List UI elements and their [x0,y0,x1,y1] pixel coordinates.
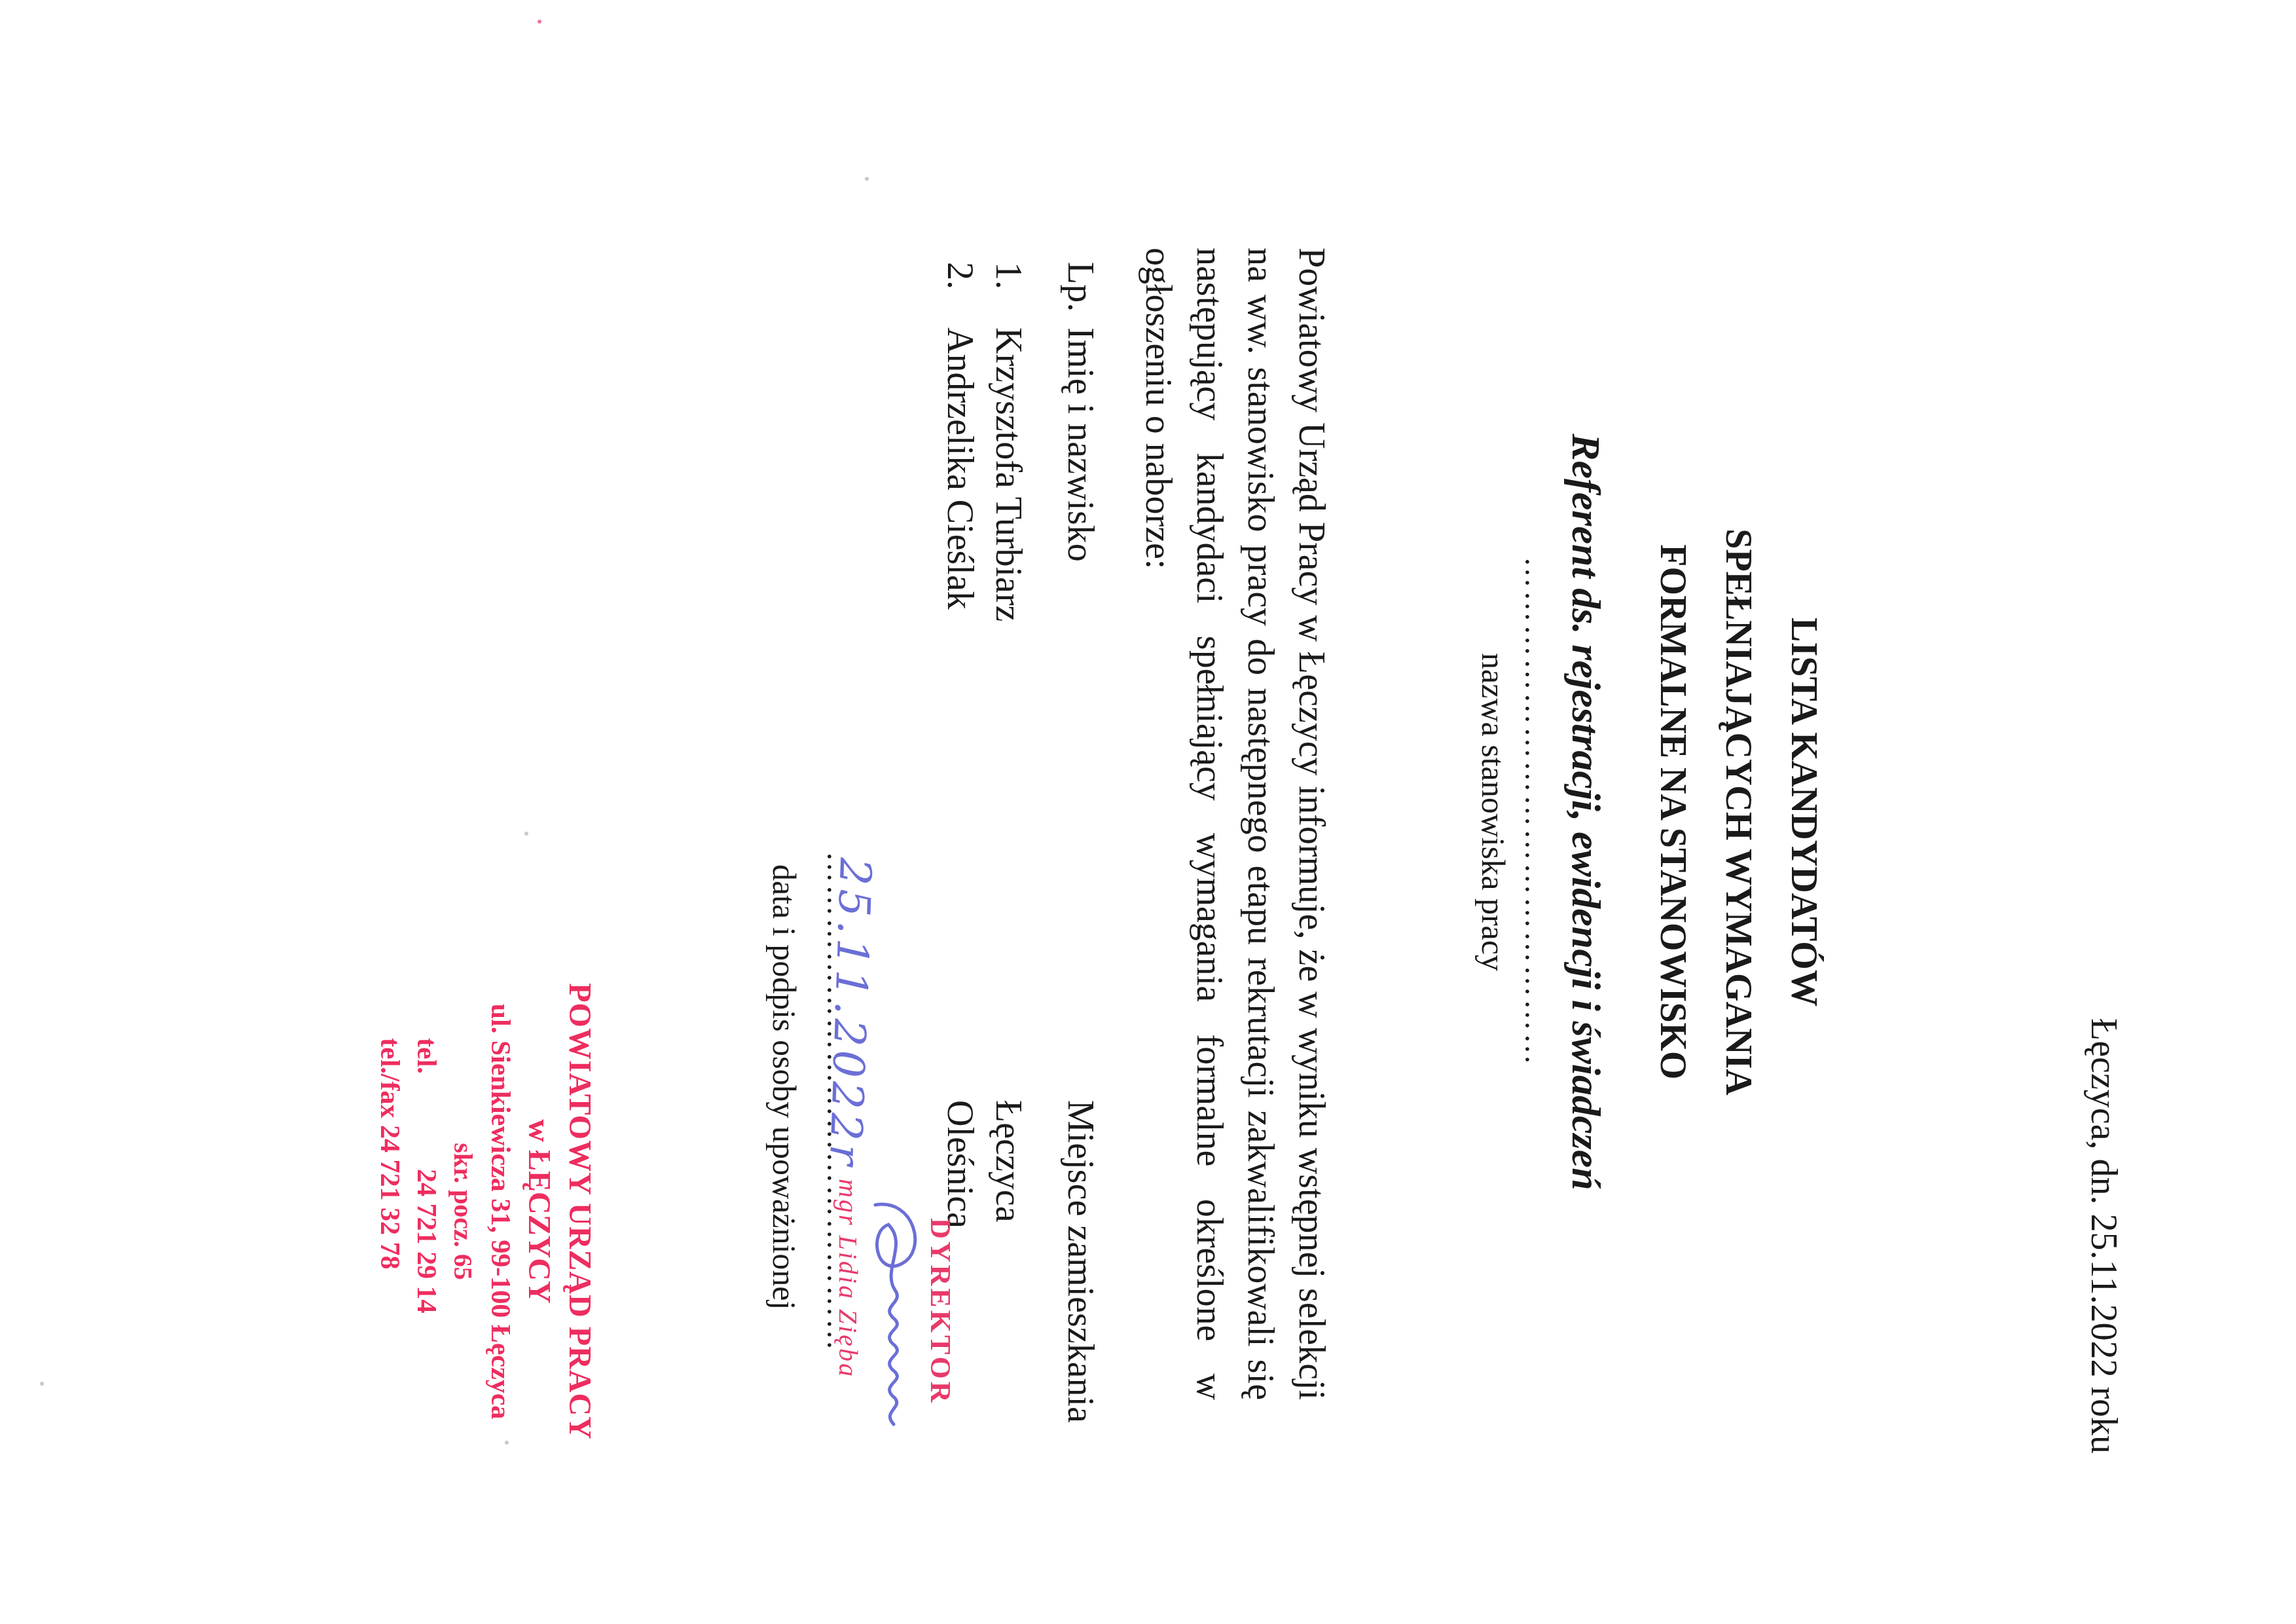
stamp-tel: tel. 24 721 29 14 [408,950,445,1473]
header-place: Miejsce zamieszkania [1056,1100,1104,1441]
row-lp: 1. [984,262,1032,327]
title-line-1: LISTA KANDYDATÓW [1771,0,1836,1624]
stamp-tel-value: 24 721 29 14 [408,1169,445,1314]
scan-speck [40,1382,44,1386]
header-lp: Lp. [1056,262,1104,327]
signature-scribble-icon [856,1192,934,1441]
row-lp: 2. [936,262,984,327]
stamp-tel-label: tel. [408,1038,445,1169]
scan-speck [505,1441,509,1445]
signature-line: ……………………………………… 25.11.2022r DYREKTOR mgr… [803,851,856,1441]
row-name: Krzysztofa Turbiarz [984,327,1032,1100]
title-line-3: FORMALNE NA STANOWISKO [1640,0,1705,1624]
office-stamp: POWIATOWY URZĄD PRACY w ŁĘCZYCY ul. Sien… [371,950,600,1473]
signature-block: ……………………………………… 25.11.2022r DYREKTOR mgr… [765,851,856,1441]
position-caption: nazwa stanowiska pracy [1474,0,1512,1624]
scan-speck [865,177,869,181]
position-dotted-line: ……………………………………… [1512,0,1558,1624]
stamp-fax: tel./fax 24 721 32 78 [371,950,408,1473]
table-row: 1. Krzysztofa Turbiarz Łęczyca [984,262,1032,1441]
position-name: Referent ds. rejestracji, ewidencji i św… [1562,0,1609,1624]
scan-speck [538,20,541,24]
stamp-line-2: w ŁĘCZYCY [519,950,558,1473]
title-line-2: SPEŁNIAJĄCYCH WYMAGANIA [1705,0,1771,1624]
row-name: Andrzelika Cieślak [936,327,984,1100]
header-name: Imię i nazwisko [1056,327,1104,1100]
stamp-line-1: POWIATOWY URZĄD PRACY [558,950,600,1473]
signature-caption: data i podpis osoby upoważnionej [765,851,803,1441]
candidates-table: Lp. Imię i nazwisko Miejsce zamieszkania… [936,262,1104,1441]
table-header: Lp. Imię i nazwisko Miejsce zamieszkania [1056,262,1104,1441]
scan-speck [524,832,528,836]
position-block: Referent ds. rejestracji, ewidencji i św… [1474,0,1609,1624]
body-paragraph: Powiatowy Urząd Pracy w Łęczycy informuj… [1133,248,1337,1400]
stamp-line-3: ul. Sienkiewicza 31, 99-100 Łęczyca [481,950,519,1473]
row-place: Łęczyca [984,1100,1032,1441]
document-page: Łęczyca, dn. 25.11.2022 roku LISTA KANDY… [0,0,2296,1624]
director-stamp-name: mgr Lidia Zięba [833,1179,864,1378]
stamp-line-4: skr. pocz. 65 [445,950,481,1473]
document-title: LISTA KANDYDATÓW SPEŁNIAJĄCYCH WYMAGANIA… [1640,0,1836,1624]
handwritten-date: 25.11.2022r [820,857,881,1170]
place-date: Łęczyca, dn. 25.11.2022 roku [2083,1018,2124,1454]
